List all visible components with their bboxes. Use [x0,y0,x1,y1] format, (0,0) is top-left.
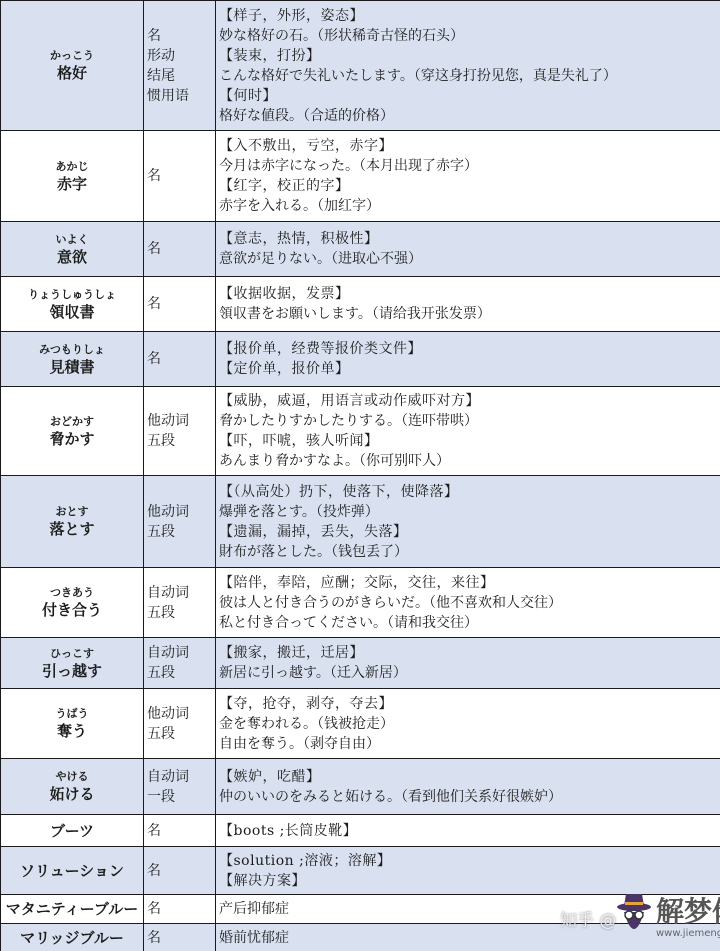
example-sentence: 赤字を入れる。（加红字） [219,196,717,216]
table-row: ブーツ名【boots ;长筒皮靴】 [1,815,720,847]
meaning-heading: 【收据收据，发票】 [219,284,717,304]
vocab-word: 脅かす [4,429,140,449]
part-of-speech-cell: 名形动结尾惯用语 [144,1,216,131]
vocab-word: マタニティーブルー [4,899,140,919]
definition-cell: 【陪伴，奉陪，应酬；交际，交往，来往】彼は人と付き合うのがきらいだ。（他不喜欢和… [216,568,720,638]
part-of-speech: 名 [147,294,212,314]
example-sentence: 彼は人と付き合うのがきらいだ。（他不喜欢和人交往） [219,593,717,613]
word-cell: マタニティーブルー [1,895,144,924]
word-cell: かっこう格好 [1,1,144,131]
word-cell: みつもりしょ見積書 [1,332,144,387]
kana-reading: いよく [4,232,140,247]
example-sentence: 格好な値段。（合适的价格） [219,106,717,126]
part-of-speech-cell: 自动词五段 [144,568,216,638]
vocab-word: 領収書 [4,302,140,322]
table-row: おどかす脅かす他动词五段【威胁，威逼，用语言或动作威吓对方】脅かしたりすかしたり… [1,387,720,476]
example-sentence: 今月は赤字になった。（本月出现了赤字） [219,156,717,176]
part-of-speech-cell: 名 [144,332,216,387]
vocab-word: 赤字 [4,174,140,194]
definition-cell: 【入不敷出，亏空，赤字】今月は赤字になった。（本月出现了赤字）【红字，校正的字】… [216,131,720,222]
kana-reading: りょうしゅうしょ [4,287,140,302]
meaning-heading: 【solution ;溶液；溶解】 [219,851,717,871]
part-of-speech: 他动词 [147,502,212,522]
part-of-speech-cell: 名 [144,815,216,847]
word-cell: マリッジブルー [1,924,144,951]
table-row: りょうしゅうしょ領収書名【收据收据，发票】領収書をお願いします。（请给我开张发票… [1,277,720,332]
example-sentence: 产后抑郁症 [219,899,717,919]
part-of-speech-cell: 他动词五段 [144,476,216,568]
meaning-heading: 【夺，抢夺，剥夺，夺去】 [219,694,717,714]
meaning-heading: 【入不敷出，亏空，赤字】 [219,136,717,156]
word-cell: いよく意欲 [1,222,144,277]
part-of-speech: 他动词 [147,704,212,724]
part-of-speech: 五段 [147,431,212,451]
vocab-word: マリッジブルー [4,928,140,948]
vocab-word: ブーツ [4,821,140,841]
word-cell: うばう奪う [1,689,144,759]
table-row: つきあう付き合う自动词五段【陪伴，奉陪，应酬；交际，交往，来往】彼は人と付き合う… [1,568,720,638]
word-cell: おとす落とす [1,476,144,568]
word-cell: りょうしゅうしょ領収書 [1,277,144,332]
vocab-word: 落とす [4,519,140,539]
definition-cell: 【夺，抢夺，剥夺，夺去】金を奪われる。（钱被抢走）自由を奪う。（剥夺自由） [216,689,720,759]
part-of-speech: 一段 [147,787,212,807]
meaning-heading: 【搬家，搬迁，迁居】 [219,643,717,663]
meaning-heading: 【定价单，报价单】 [219,359,717,379]
part-of-speech: 自动词 [147,643,212,663]
meaning-heading: 【解决方案】 [219,871,717,891]
part-of-speech-cell: 名 [144,131,216,222]
part-of-speech: 名 [147,928,212,948]
kana-reading: ひっこす [4,646,140,661]
kana-reading: みつもりしょ [4,342,140,357]
vocab-word: 格好 [4,63,140,83]
part-of-speech-cell: 名 [144,895,216,924]
definition-cell: 【意志，热情，积极性】意欲が足りない。（进取心不强） [216,222,720,277]
definition-cell: 产后抑郁症 [216,895,720,924]
example-sentence: こんな格好で失礼いたします。（穿这身打扮见您，真是失礼了） [219,66,717,86]
meaning-heading: 【红字，校正的字】 [219,176,717,196]
word-cell: やける妬ける [1,759,144,815]
example-sentence: 脅かしたりすかしたりする。（连吓带哄） [219,411,717,431]
part-of-speech: 自动词 [147,583,212,603]
word-cell: ブーツ [1,815,144,847]
meaning-heading: 【boots ;长筒皮靴】 [219,821,717,841]
part-of-speech: 形动 [147,46,212,66]
meaning-heading: 【吓，吓唬，骇人听闻】 [219,431,717,451]
example-sentence: 妙な格好の石。（形状稀奇古怪的石头） [219,26,717,46]
definition-cell: 【嫉妒，吃醋】仲のいいのをみると妬ける。（看到他们关系好很嫉妒） [216,759,720,815]
part-of-speech: 名 [147,821,212,841]
meaning-heading: 【陪伴，奉陪，应酬；交际，交往，来往】 [219,573,717,593]
kana-reading: やける [4,769,140,784]
definition-cell: 【solution ;溶液；溶解】【解决方案】 [216,847,720,895]
vocab-word: 妬ける [4,784,140,804]
part-of-speech-cell: 名 [144,222,216,277]
definition-cell: 【收据收据，发票】領収書をお願いします。（请给我开张发票） [216,277,720,332]
example-sentence: 私と付き合ってください。（请和我交往） [219,613,717,633]
table-row: マリッジブルー名婚前忧郁症 [1,924,720,951]
example-sentence: 金を奪われる。（钱被抢走） [219,714,717,734]
word-cell: あかじ赤字 [1,131,144,222]
part-of-speech-cell: 他动词五段 [144,689,216,759]
example-sentence: 婚前忧郁症 [219,928,717,948]
table-row: おとす落とす他动词五段【（从高处）扔下，使落下，使降落】爆弾を落とす。（投炸弹）… [1,476,720,568]
part-of-speech: 自动词 [147,767,212,787]
kana-reading: あかじ [4,159,140,174]
kana-reading: かっこう [4,48,140,63]
kana-reading: おとす [4,504,140,519]
meaning-heading: 【（从高处）扔下，使落下，使降落】 [219,482,717,502]
meaning-heading: 【遗漏，漏掉，丢失，失落】 [219,522,717,542]
example-sentence: 領収書をお願いします。（请给我开张发票） [219,304,717,324]
part-of-speech: 名 [147,349,212,369]
table-row: ひっこす引っ越す自动词五段【搬家，搬迁，迁居】新居に引っ越す。（迁入新居） [1,638,720,689]
example-sentence: 爆弾を落とす。（投炸弹） [219,502,717,522]
example-sentence: 自由を奪う。（剥夺自由） [219,734,717,754]
kana-reading: おどかす [4,414,140,429]
vocabulary-table-body: かっこう格好名形动结尾惯用语【样子，外形，姿态】妙な格好の石。（形状稀奇古怪的石… [1,1,720,951]
table-row: マタニティーブルー名产后抑郁症 [1,895,720,924]
meaning-heading: 【嫉妒，吃醋】 [219,767,717,787]
vocab-word: 意欲 [4,247,140,267]
word-cell: ひっこす引っ越す [1,638,144,689]
example-sentence: 仲のいいのをみると妬ける。（看到他们关系好很嫉妒） [219,787,717,807]
vocab-word: 見積書 [4,357,140,377]
example-sentence: 新居に引っ越す。（迁入新居） [219,663,717,683]
definition-cell: 婚前忧郁症 [216,924,720,951]
part-of-speech-cell: 自动词一段 [144,759,216,815]
word-cell: おどかす脅かす [1,387,144,476]
table-row: ソリューション名【solution ;溶液；溶解】【解决方案】 [1,847,720,895]
part-of-speech: 五段 [147,663,212,683]
vocab-word: ソリューション [4,861,140,881]
definition-cell: 【样子，外形，姿态】妙な格好の石。（形状稀奇古怪的石头）【装束，打扮】こんな格好… [216,1,720,131]
part-of-speech: 名 [147,26,212,46]
table-row: かっこう格好名形动结尾惯用语【样子，外形，姿态】妙な格好の石。（形状稀奇古怪的石… [1,1,720,131]
meaning-heading: 【何时】 [219,86,717,106]
part-of-speech-cell: 他动词五段 [144,387,216,476]
meaning-heading: 【样子，外形，姿态】 [219,6,717,26]
definition-cell: 【（从高处）扔下，使落下，使降落】爆弾を落とす。（投炸弹）【遗漏，漏掉，丢失，失… [216,476,720,568]
part-of-speech: 名 [147,239,212,259]
table-row: やける妬ける自动词一段【嫉妒，吃醋】仲のいいのをみると妬ける。（看到他们关系好很… [1,759,720,815]
meaning-heading: 【装束，打扮】 [219,46,717,66]
vocab-word: 付き合う [4,600,140,620]
part-of-speech: 他动词 [147,411,212,431]
word-cell: つきあう付き合う [1,568,144,638]
part-of-speech: 名 [147,899,212,919]
part-of-speech: 五段 [147,522,212,542]
part-of-speech: 名 [147,166,212,186]
kana-reading: つきあう [4,585,140,600]
meaning-heading: 【威胁，威逼，用语言或动作威吓对方】 [219,391,717,411]
table-row: うばう奪う他动词五段【夺，抢夺，剥夺，夺去】金を奪われる。（钱被抢走）自由を奪う… [1,689,720,759]
vocab-word: 奪う [4,721,140,741]
part-of-speech-cell: 名 [144,277,216,332]
table-row: いよく意欲名【意志，热情，积极性】意欲が足りない。（进取心不强） [1,222,720,277]
part-of-speech-cell: 自动词五段 [144,638,216,689]
part-of-speech: 惯用语 [147,86,212,106]
word-cell: ソリューション [1,847,144,895]
meaning-heading: 【意志，热情，积极性】 [219,229,717,249]
vocabulary-table: かっこう格好名形动结尾惯用语【样子，外形，姿态】妙な格好の石。（形状稀奇古怪的石… [0,0,720,951]
definition-cell: 【报价单，经费等报价类文件】【定价单，报价单】 [216,332,720,387]
table-row: みつもりしょ見積書名【报价单，经费等报价类文件】【定价单，报价单】 [1,332,720,387]
part-of-speech-cell: 名 [144,924,216,951]
definition-cell: 【boots ;长筒皮靴】 [216,815,720,847]
part-of-speech: 五段 [147,724,212,744]
example-sentence: あんまり脅かすなよ。（你可别吓人） [219,451,717,471]
example-sentence: 意欲が足りない。（进取心不强） [219,249,717,269]
example-sentence: 財布が落とした。（钱包丢了） [219,542,717,562]
table-row: あかじ赤字名【入不敷出，亏空，赤字】今月は赤字になった。（本月出现了赤字）【红字… [1,131,720,222]
part-of-speech: 结尾 [147,66,212,86]
kana-reading: うばう [4,706,140,721]
vocab-word: 引っ越す [4,661,140,681]
definition-cell: 【威胁，威逼，用语言或动作威吓对方】脅かしたりすかしたりする。（连吓带哄）【吓，… [216,387,720,476]
meaning-heading: 【报价单，经费等报价类文件】 [219,339,717,359]
definition-cell: 【搬家，搬迁，迁居】新居に引っ越す。（迁入新居） [216,638,720,689]
part-of-speech: 名 [147,861,212,881]
part-of-speech-cell: 名 [144,847,216,895]
part-of-speech: 五段 [147,603,212,623]
